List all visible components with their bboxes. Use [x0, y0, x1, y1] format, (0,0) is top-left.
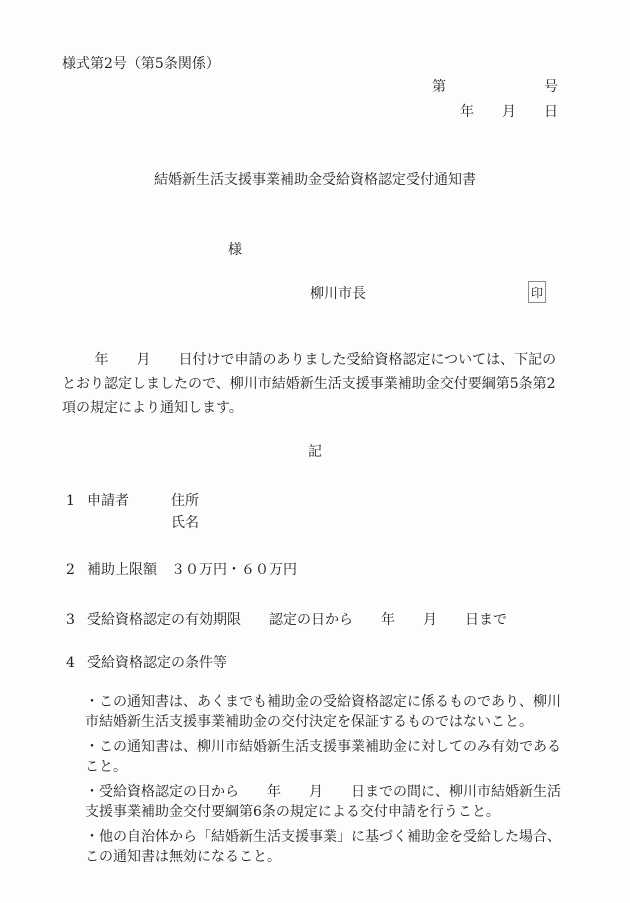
condition-line: この通知書は無効になること。: [85, 847, 585, 867]
seal-placeholder: 印: [528, 281, 546, 303]
condition-line: ・この通知書は、あくまでも補助金の受給資格認定に係るものであり、柳川: [85, 692, 585, 712]
body-line: 項の規定により通知します。: [62, 396, 556, 420]
document-number-line: 第 号: [432, 77, 558, 97]
condition-line: 支援事業補助金交付要綱第6条の規定による交付申請を行うこと。: [85, 802, 585, 822]
body-line: とおり認定しましたので、柳川市結婚新生活支援事業補助金交付要綱第5条第2: [62, 372, 556, 396]
item-line: 1 申請者 住所: [62, 490, 199, 512]
addressee-honorific: 様: [228, 240, 242, 260]
body-line: 年 月 日付けで申請のありました受給資格認定については、下記の: [62, 348, 556, 372]
condition-line: ・他の自治体から「結婚新生活支援事業」に基づく補助金を受給した場合、: [85, 827, 585, 847]
list-item-subsidy-cap: 2 補助上限額 ３０万円・６０万円: [62, 559, 297, 581]
item-line: 氏名: [62, 512, 199, 534]
document-date-line: 年 月 日: [460, 102, 558, 122]
item-line: 4 受給資格認定の条件等: [62, 652, 227, 674]
section-marker: 記: [0, 442, 630, 462]
condition-item: ・この通知書は、柳川市結婚新生活支援事業補助金に対してのみ有効である こと。: [85, 737, 585, 777]
list-item-conditions-heading: 4 受給資格認定の条件等: [62, 652, 227, 674]
sender-title: 柳川市長: [310, 284, 366, 304]
seal-label: 印: [531, 284, 543, 301]
document-title: 結婚新生活支援事業補助金受給資格認定受付通知書: [0, 170, 630, 190]
item-text: 受給資格認定の有効期限 認定の日から 年 月 日まで: [87, 609, 507, 631]
list-item-validity-period: 3 受給資格認定の有効期限 認定の日から 年 月 日まで: [62, 609, 507, 631]
form-label: 様式第2号（第5条関係）: [62, 54, 220, 74]
item-text: 申請者 住所: [87, 490, 199, 512]
condition-item: ・この通知書は、あくまでも補助金の受給資格認定に係るものであり、柳川 市結婚新生…: [85, 692, 585, 732]
body-paragraph: 年 月 日付けで申請のありました受給資格認定については、下記の とおり認定しまし…: [62, 348, 556, 420]
item-number: 3: [62, 609, 87, 631]
conditions-list: ・この通知書は、あくまでも補助金の受給資格認定に係るものであり、柳川 市結婚新生…: [85, 692, 585, 872]
condition-line: こと。: [85, 757, 585, 777]
item-text: 受給資格認定の条件等: [87, 652, 227, 674]
item-line: 3 受給資格認定の有効期限 認定の日から 年 月 日まで: [62, 609, 507, 631]
item-number: 2: [62, 559, 87, 581]
notice-document-page: 様式第2号（第5条関係） 第 号 年 月 日 結婚新生活支援事業補助金受給資格認…: [0, 0, 630, 903]
condition-line: ・受給資格認定の日から 年 月 日までの間に、柳川市結婚新生活: [85, 782, 585, 802]
item-line: 2 補助上限額 ３０万円・６０万円: [62, 559, 297, 581]
item-number: 1: [62, 490, 87, 512]
item-number: [62, 512, 87, 534]
item-text: 氏名: [87, 512, 199, 534]
condition-line: ・この通知書は、柳川市結婚新生活支援事業補助金に対してのみ有効である: [85, 737, 585, 757]
condition-item: ・受給資格認定の日から 年 月 日までの間に、柳川市結婚新生活 支援事業補助金交…: [85, 782, 585, 822]
list-item-applicant: 1 申請者 住所 氏名: [62, 490, 199, 534]
condition-line: 市結婚新生活支援事業補助金の交付決定を保証するものではないこと。: [85, 712, 585, 732]
item-text: 補助上限額 ３０万円・６０万円: [87, 559, 297, 581]
condition-item: ・他の自治体から「結婚新生活支援事業」に基づく補助金を受給した場合、 この通知書…: [85, 827, 585, 867]
item-number: 4: [62, 652, 87, 674]
